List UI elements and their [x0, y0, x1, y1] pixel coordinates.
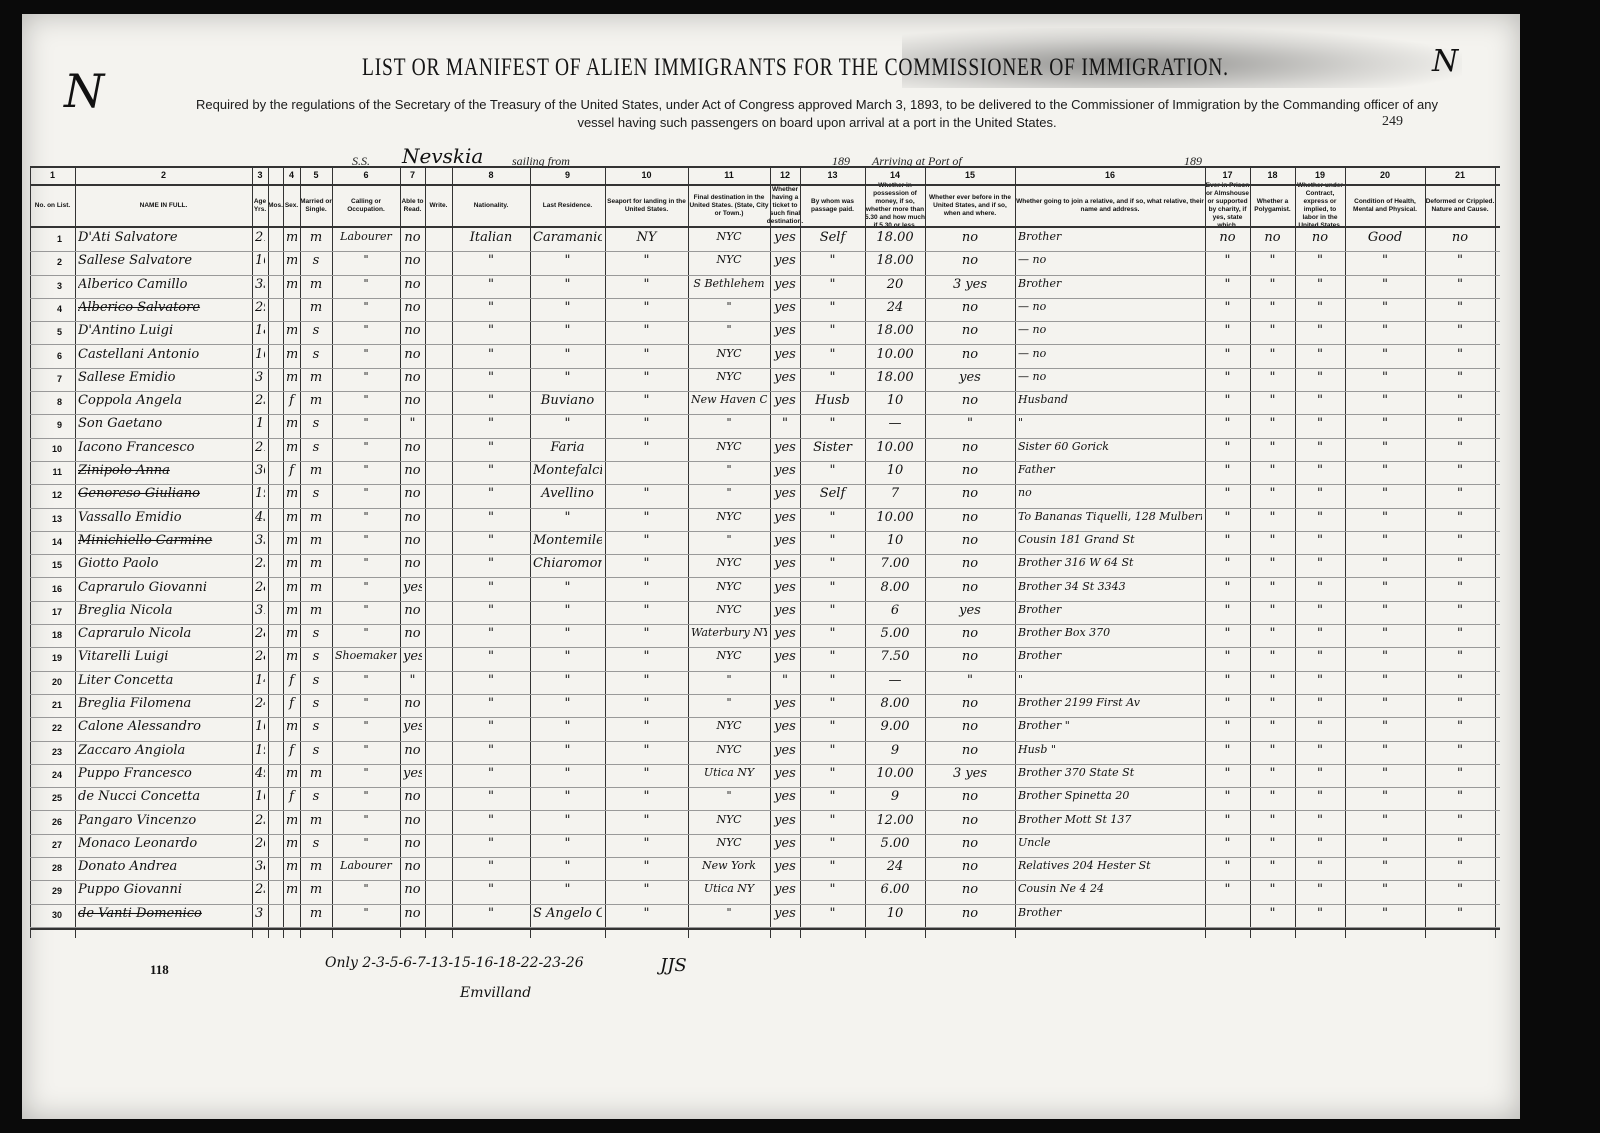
table-row: 10Iacono Francesco21ms"no"Faria"NYCyesSi…: [30, 438, 1500, 461]
column-header: By whom was passage paid.: [800, 186, 865, 226]
cell-c18: ": [1253, 463, 1292, 483]
cell-no: 7: [40, 374, 62, 384]
cell-before: yes: [928, 603, 1012, 623]
cell-port: ": [608, 813, 685, 833]
cell-sex: m: [286, 766, 297, 786]
cell-relative: Brother 2199 First Av: [1018, 696, 1202, 716]
cell-sex: m: [286, 836, 297, 856]
cell-c17: ": [1208, 603, 1247, 623]
cell-no: 23: [40, 747, 62, 757]
cell-c20: ": [1348, 766, 1422, 786]
cell-read: no: [403, 813, 422, 833]
cell-ticket: yes: [773, 859, 797, 879]
cell-before: no: [928, 836, 1012, 856]
cell-occ: ": [335, 323, 397, 343]
cell-before: no: [928, 649, 1012, 669]
cell-c21: ": [1428, 370, 1492, 390]
cell-c19: ": [1298, 789, 1342, 809]
cell-no: 2: [40, 257, 62, 267]
cell-age: 37: [255, 906, 265, 926]
cell-ms: s: [303, 649, 329, 669]
cell-c21: ": [1428, 486, 1492, 506]
corner-mark-left: N: [64, 64, 104, 118]
cell-relative: ": [1018, 673, 1202, 693]
cell-port: ": [608, 719, 685, 739]
cell-dest: ": [691, 696, 767, 716]
cell-relative: Brother Mott St 137: [1018, 813, 1202, 833]
cell-write: [428, 859, 449, 879]
cell-dest: S Bethlehem: [691, 277, 767, 297]
table-row: 4Alberico Salvatore29m"no""""yes"24no— n…: [30, 298, 1500, 321]
cell-name: de Nucci Concetta: [78, 789, 249, 809]
column-header: Nationality.: [452, 186, 530, 226]
cell-nat: ": [455, 836, 527, 856]
cell-sex: m: [286, 859, 297, 879]
cell-name: Sallese Salvatore: [78, 253, 249, 273]
cell-nat: ": [455, 533, 527, 553]
cell-nat: ": [455, 486, 527, 506]
cell-c18: ": [1253, 649, 1292, 669]
cell-c17: ": [1208, 696, 1247, 716]
cell-ms: m: [303, 533, 329, 553]
cell-c19: ": [1298, 440, 1342, 460]
cell-name: Zinipolo Anna: [78, 463, 249, 483]
cell-c20: ": [1348, 253, 1422, 273]
cell-ticket: yes: [773, 696, 797, 716]
cell-nat: ": [455, 510, 527, 530]
cell-c19: ": [1298, 347, 1342, 367]
cell-c20: ": [1348, 859, 1422, 879]
cell-ms: s: [303, 416, 329, 436]
cell-occ: ": [335, 766, 397, 786]
cell-dest: NYC: [691, 230, 767, 250]
table-bottom-rule: [30, 928, 1500, 930]
cell-nat: ": [455, 719, 527, 739]
cell-c17: ": [1208, 673, 1247, 693]
cell-c18: ": [1253, 719, 1292, 739]
cell-ticket: yes: [773, 789, 797, 809]
column-header: Age Yrs.: [252, 186, 268, 226]
cell-res: ": [533, 416, 602, 436]
cell-no: 30: [40, 910, 62, 920]
cell-sex: f: [286, 789, 297, 809]
cell-c21: ": [1428, 556, 1492, 576]
table-row: 22Calone Alessandro16ms"yes"""NYCyes"9.0…: [30, 717, 1500, 740]
cell-write: [428, 649, 449, 669]
cell-write: [428, 416, 449, 436]
cell-mos: [271, 906, 280, 926]
corner-mark-right: N: [1432, 44, 1458, 79]
cell-nat: ": [455, 416, 527, 436]
cell-ticket: yes: [773, 440, 797, 460]
cell-c19: no: [1298, 230, 1342, 250]
cell-nat: ": [455, 813, 527, 833]
cell-write: [428, 743, 449, 763]
cell-relative: Relatives 204 Hester St: [1018, 859, 1202, 879]
cell-name: Puppo Francesco: [78, 766, 249, 786]
cell-age: 26: [255, 836, 265, 856]
cell-age: 25: [255, 393, 265, 413]
cell-res: ": [533, 300, 602, 320]
cell-c20: ": [1348, 300, 1422, 320]
cell-write: [428, 719, 449, 739]
cell-c21: ": [1428, 440, 1492, 460]
cell-dest: ": [691, 300, 767, 320]
cell-paid: ": [803, 719, 862, 739]
cell-write: [428, 230, 449, 250]
cell-c21: ": [1428, 626, 1492, 646]
cell-money: 10: [868, 533, 922, 553]
cell-c18: ": [1253, 556, 1292, 576]
cell-name: Liter Concetta: [78, 673, 249, 693]
cell-c21: ": [1428, 253, 1492, 273]
header-rule: [30, 166, 1500, 168]
cell-dest: ": [691, 416, 767, 436]
cell-name: Puppo Giovanni: [78, 882, 249, 902]
cell-c18: ": [1253, 882, 1292, 902]
cell-relative: To Bananas Tiquelli, 128 Mulberry St: [1018, 510, 1202, 530]
cell-res: ": [533, 253, 602, 273]
cell-before: 3 yes: [928, 766, 1012, 786]
table-row: 19Vitarelli Luigi28msShoemakeryes"""NYCy…: [30, 647, 1500, 670]
cell-occ: ": [335, 300, 397, 320]
cell-read: no: [403, 882, 422, 902]
cell-c18: ": [1253, 300, 1292, 320]
cell-mos: [271, 859, 280, 879]
cell-relative: Brother Spinetta 20: [1018, 789, 1202, 809]
cell-no: 8: [40, 397, 62, 407]
cell-mos: [271, 533, 280, 553]
table-row: 11Zinipolo Anna36fm"no"Montefalcione"yes…: [30, 461, 1500, 484]
cell-ticket: yes: [773, 626, 797, 646]
cell-mos: [271, 463, 280, 483]
cell-c21: ": [1428, 393, 1492, 413]
cell-relative: Brother 316 W 64 St: [1018, 556, 1202, 576]
cell-ticket: yes: [773, 510, 797, 530]
cell-c21: ": [1428, 603, 1492, 623]
cell-res: Montefalcione: [533, 463, 602, 483]
cell-write: [428, 556, 449, 576]
cell-occ: ": [335, 463, 397, 483]
cell-c19: ": [1298, 813, 1342, 833]
cell-nat: ": [455, 859, 527, 879]
cell-before: no: [928, 882, 1012, 902]
cell-ms: m: [303, 230, 329, 250]
cell-c20: ": [1348, 277, 1422, 297]
cell-port: ": [608, 626, 685, 646]
regulation-line-1: Required by the regulations of the Secre…: [122, 96, 1512, 114]
cell-read: no: [403, 323, 422, 343]
cell-ms: s: [303, 673, 329, 693]
cell-c20: Good: [1348, 230, 1422, 250]
cell-nat: ": [455, 440, 527, 460]
cell-ticket: yes: [773, 766, 797, 786]
cell-paid: ": [803, 253, 862, 273]
cell-c18: ": [1253, 393, 1292, 413]
footer-annotation: Only 2-3-5-6-7-13-15-16-18-22-23-26: [325, 955, 584, 971]
cell-ms: m: [303, 813, 329, 833]
cell-money: 10.00: [868, 766, 922, 786]
cell-res: ": [533, 743, 602, 763]
cell-ticket: yes: [773, 370, 797, 390]
cell-name: Castellani Antonio: [78, 347, 249, 367]
cell-occ: ": [335, 510, 397, 530]
cell-before: no: [928, 580, 1012, 600]
cell-write: [428, 323, 449, 343]
sheet-number: 118: [150, 962, 169, 978]
cell-relative: Uncle: [1018, 836, 1202, 856]
cell-c19: ": [1298, 766, 1342, 786]
cell-age: 21: [255, 230, 265, 250]
cell-ticket: yes: [773, 719, 797, 739]
cell-port: ": [608, 603, 685, 623]
cell-c20: ": [1348, 393, 1422, 413]
cell-mos: [271, 440, 280, 460]
cell-read: ": [403, 416, 422, 436]
cell-port: ": [608, 743, 685, 763]
table-row: 30de Vanti Domenico37m"no"S Angelo C.""y…: [30, 904, 1500, 927]
cell-ticket: yes: [773, 347, 797, 367]
cell-money: 7.00: [868, 556, 922, 576]
cell-res: ": [533, 510, 602, 530]
cell-ticket: yes: [773, 300, 797, 320]
cell-c19: ": [1298, 836, 1342, 856]
cell-money: 18.00: [868, 323, 922, 343]
cell-c17: no: [1208, 230, 1247, 250]
cell-paid: ": [803, 300, 862, 320]
cell-ticket: yes: [773, 533, 797, 553]
cell-mos: [271, 766, 280, 786]
cell-c21: ": [1428, 649, 1492, 669]
cell-c17: ": [1208, 510, 1247, 530]
signature: Emvilland: [460, 985, 531, 1001]
column-header: Whether having a ticket to such final de…: [770, 186, 800, 226]
cell-no: 3: [40, 281, 62, 291]
cell-ms: m: [303, 556, 329, 576]
cell-age: 49: [255, 766, 265, 786]
cell-c20: ": [1348, 580, 1422, 600]
cell-paid: Husb: [803, 393, 862, 413]
cell-port: ": [608, 580, 685, 600]
cell-c17: ": [1208, 882, 1247, 902]
cell-paid: ": [803, 859, 862, 879]
cell-mos: [271, 673, 280, 693]
table-row: 15Giotto Paolo25mm"no"Chiaromonte"NYCyes…: [30, 554, 1500, 577]
column-number: 13: [800, 170, 865, 184]
cell-write: [428, 510, 449, 530]
cell-c21: ": [1428, 533, 1492, 553]
cell-read: yes: [403, 580, 422, 600]
cell-write: [428, 533, 449, 553]
cell-sex: m: [286, 347, 297, 367]
cell-occ: Labourer: [335, 230, 397, 250]
cell-no: 20: [40, 677, 62, 687]
cell-res: ": [533, 719, 602, 739]
column-header: No. on List.: [30, 186, 75, 226]
cell-nat: ": [455, 649, 527, 669]
cell-port: ": [608, 277, 685, 297]
cell-age: 21: [255, 440, 265, 460]
cell-mos: [271, 603, 280, 623]
cell-c21: ": [1428, 277, 1492, 297]
cell-paid: ": [803, 696, 862, 716]
cell-port: ": [608, 300, 685, 320]
cell-age: 37: [255, 370, 265, 390]
cell-nat: ": [455, 626, 527, 646]
cell-money: 18.00: [868, 370, 922, 390]
cell-ms: m: [303, 277, 329, 297]
cell-dest: Waterbury NY: [691, 626, 767, 646]
cell-money: —: [868, 416, 922, 436]
cell-money: 9: [868, 743, 922, 763]
cell-name: Alberico Camillo: [78, 277, 249, 297]
cell-c17: ": [1208, 253, 1247, 273]
cell-before: no: [928, 323, 1012, 343]
cell-paid: ": [803, 510, 862, 530]
column-header: Sex.: [283, 186, 300, 226]
cell-relative: Sister 60 Gorick: [1018, 440, 1202, 460]
cell-mos: [271, 370, 280, 390]
cell-read: no: [403, 626, 422, 646]
cell-age: 19: [255, 486, 265, 506]
cell-before: no: [928, 300, 1012, 320]
cell-c20: ": [1348, 556, 1422, 576]
cell-occ: ": [335, 277, 397, 297]
cell-age: 16: [255, 253, 265, 273]
cell-c17: ": [1208, 347, 1247, 367]
cell-c17: ": [1208, 370, 1247, 390]
cell-c21: no: [1428, 230, 1492, 250]
cell-paid: ": [803, 673, 862, 693]
cell-c18: ": [1253, 510, 1292, 530]
cell-c19: ": [1298, 323, 1342, 343]
cell-ms: m: [303, 603, 329, 623]
cell-paid: Self: [803, 486, 862, 506]
cell-read: no: [403, 370, 422, 390]
cell-relative: Brother Box 370: [1018, 626, 1202, 646]
cell-sex: m: [286, 277, 297, 297]
cell-age: 28: [255, 626, 265, 646]
cell-read: no: [403, 789, 422, 809]
column-number: 10: [605, 170, 688, 184]
cell-sex: [286, 300, 297, 320]
cell-ms: m: [303, 859, 329, 879]
cell-write: [428, 393, 449, 413]
cell-c19: ": [1298, 906, 1342, 926]
cell-name: Caprarulo Nicola: [78, 626, 249, 646]
cell-dest: NYC: [691, 510, 767, 530]
table-row: 6Castellani Antonio16ms"no"""NYCyes"10.0…: [30, 345, 1500, 368]
cell-mos: [271, 416, 280, 436]
cell-c17: ": [1208, 556, 1247, 576]
cell-no: 18: [40, 630, 62, 640]
cell-dest: Utica NY: [691, 882, 767, 902]
cell-nat: ": [455, 743, 527, 763]
cell-sex: m: [286, 719, 297, 739]
cell-c18: ": [1253, 580, 1292, 600]
cell-ticket: yes: [773, 486, 797, 506]
cell-write: [428, 440, 449, 460]
cell-c19: ": [1298, 253, 1342, 273]
cell-c17: ": [1208, 813, 1247, 833]
cell-ms: s: [303, 440, 329, 460]
table-row: 23Zaccaro Angiola19fs"no"""NYCyes"9noHus…: [30, 741, 1500, 764]
cell-occ: ": [335, 696, 397, 716]
cell-c18: ": [1253, 533, 1292, 553]
cell-occ: ": [335, 836, 397, 856]
cell-no: 12: [40, 490, 62, 500]
cell-c17: ": [1208, 416, 1247, 436]
cell-c21: ": [1428, 719, 1492, 739]
cell-before: no: [928, 719, 1012, 739]
table-row: 18Caprarulo Nicola28ms"no"""Waterbury NY…: [30, 624, 1500, 647]
cell-write: [428, 370, 449, 390]
cell-paid: ": [803, 416, 862, 436]
cell-c21: ": [1428, 323, 1492, 343]
cell-c19: ": [1298, 463, 1342, 483]
cell-port: ": [608, 323, 685, 343]
cell-read: no: [403, 836, 422, 856]
column-header: Calling or Occupation.: [332, 186, 400, 226]
cell-before: no: [928, 533, 1012, 553]
cell-dest: ": [691, 486, 767, 506]
column-header: Whether under Contract, express or impli…: [1295, 186, 1345, 226]
cell-no: 29: [40, 886, 62, 896]
cell-occ: ": [335, 370, 397, 390]
cell-port: [608, 463, 685, 483]
cell-occ: ": [335, 440, 397, 460]
cell-money: 10.00: [868, 510, 922, 530]
cell-c18: ": [1253, 789, 1292, 809]
cell-relative: Brother: [1018, 906, 1202, 926]
cell-dest: ": [691, 906, 767, 926]
cell-res: Avellino: [533, 486, 602, 506]
cell-write: [428, 836, 449, 856]
cell-write: [428, 603, 449, 623]
cell-name: Breglia Filomena: [78, 696, 249, 716]
cell-name: Giotto Paolo: [78, 556, 249, 576]
table-row: 29Puppo Giovanni25mm"no"""Utica NYyes"6.…: [30, 880, 1500, 903]
cell-res: ": [533, 649, 602, 669]
cell-port: ": [608, 696, 685, 716]
cell-sex: f: [286, 393, 297, 413]
cell-relative: Brother 370 State St: [1018, 766, 1202, 786]
cell-occ: ": [335, 486, 397, 506]
cell-no: 27: [40, 840, 62, 850]
cell-money: 24: [868, 859, 922, 879]
cell-nat: Italian: [455, 230, 527, 250]
cell-sex: m: [286, 626, 297, 646]
cell-relative: — no: [1018, 253, 1202, 273]
cell-c21: ": [1428, 416, 1492, 436]
cell-paid: ": [803, 323, 862, 343]
cell-write: [428, 906, 449, 926]
column-header: Condition of Health, Mental and Physical…: [1345, 186, 1425, 226]
cell-relative: Husband: [1018, 393, 1202, 413]
cell-res: ": [533, 277, 602, 297]
cell-port: NY: [608, 230, 685, 250]
ship-name: Nevskia: [402, 144, 483, 168]
cell-dest: NYC: [691, 649, 767, 669]
cell-mos: [271, 347, 280, 367]
cell-read: no: [403, 277, 422, 297]
cell-c17: ": [1208, 719, 1247, 739]
cell-write: [428, 696, 449, 716]
column-header: Write.: [425, 186, 452, 226]
cell-age: 25: [255, 813, 265, 833]
cell-c18: ": [1253, 253, 1292, 273]
column-header: Seaport for landing in the United States…: [605, 186, 688, 226]
